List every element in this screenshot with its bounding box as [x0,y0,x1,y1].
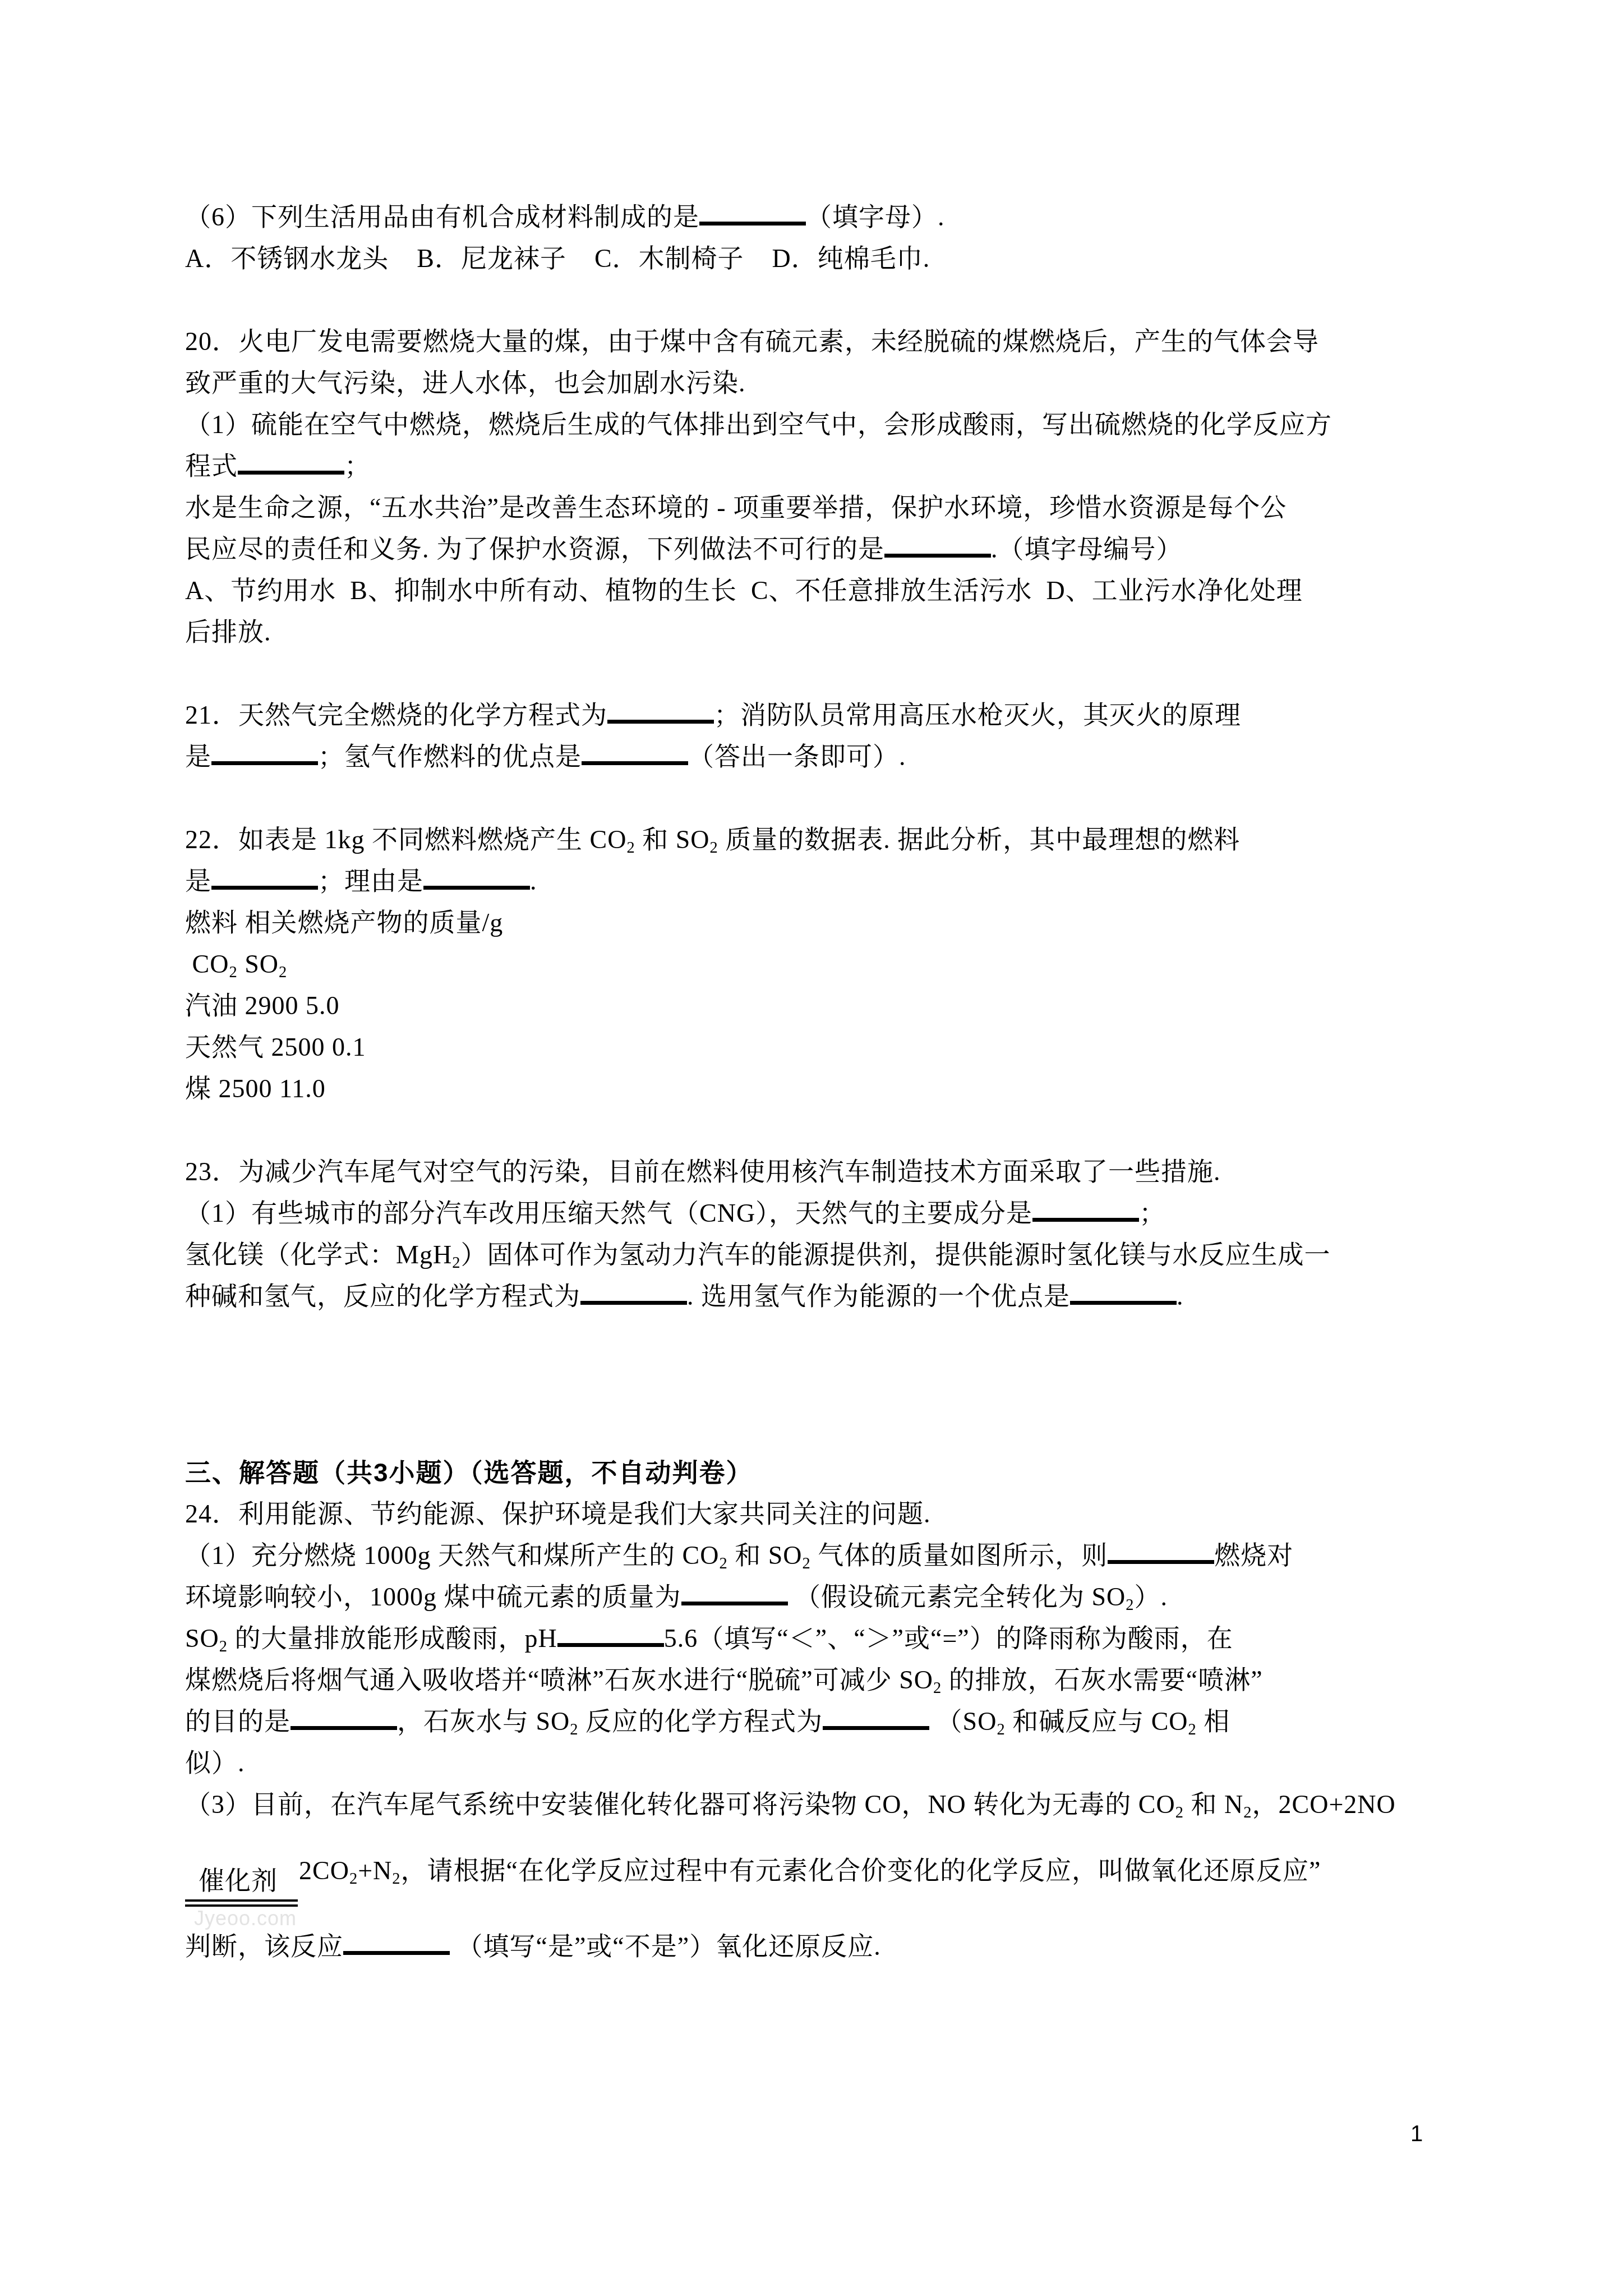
text-run: 的目的是 [185,1707,291,1736]
text-run: 24．利用能源、节约能源、保护环境是我们大家共同关注的问题. [185,1499,931,1528]
answer-blank [823,1703,929,1730]
q22-table-header: 燃料 相关燃烧产物的质量/g [185,902,1460,944]
subscript: 2 [570,1721,578,1738]
subscript: 2 [452,1254,460,1272]
q24-part1-line1: （1）充分燃烧 1000g 天然气和煤所产生的 CO2 和 SO2 气体的质量如… [185,1535,1460,1576]
exam-page: { "page_number": "1", "catalyst_label": … [0,0,1623,2296]
q23-mgh2-line1: 氢化镁（化学式：MgH2）固体可作为氢动力汽车的能源提供剂，提供能源时氢化镁与水… [185,1234,1460,1276]
q21-line1: 21．天然气完全燃烧的化学方程式为；消防队员常用高压水枪灭火，其灭火的原理 [185,694,1460,736]
q20-part1-line2: 程式； [185,445,1460,487]
text-run: （1）硫能在空气中燃烧，燃烧后生成的气体排出到空气中，会形成酸雨，写出硫燃烧的化… [185,410,1332,439]
text-run: 反应的化学方程式为 [579,1707,823,1736]
subscript: 2 [802,1555,810,1572]
q24-ph-line1: SO2 的大量排放能形成酸雨，pH5.6（填写“＜”、“＞”或“=”）的降雨称为… [185,1618,1460,1659]
text-run: . [1177,1282,1184,1310]
text-run: . [530,867,537,895]
q20-part1-line1: （1）硫能在空气中燃烧，燃烧后生成的气体排出到空气中，会形成酸雨，写出硫燃烧的化… [185,404,1460,445]
subscript: 2 [349,1870,358,1888]
text-run: ，石灰水与 SO [397,1707,570,1736]
watermark-text: Jyeoo.com [194,1908,297,1929]
text-run: （答出一条即可）. [688,742,906,771]
answer-blank [211,738,318,765]
text-run: .（填字母编号） [991,535,1183,563]
q23-stem: 23．为减少汽车尾气对空气的污染，目前在燃料使用核汽车制造技术方面采取了一些措施… [185,1151,1460,1193]
text-run: SO [185,1624,219,1653]
answer-blank [884,530,991,558]
text-run: ；理由是 [318,867,423,895]
answer-blank [211,862,318,890]
text-run: （假设硫元素完全转化为 SO [788,1582,1126,1611]
page-number: 1 [1410,2122,1423,2147]
text-run: +N [358,1856,392,1885]
subscript: 2 [719,1555,727,1572]
text-run: （填写“是”或“不是”）氧化还原反应. [450,1932,881,1961]
text-run: 21．天然气完全燃烧的化学方程式为 [185,701,607,729]
answer-blank [343,1927,450,1955]
answer-blank [582,738,688,765]
q24-stem: 24．利用能源、节约能源、保护环境是我们大家共同关注的问题. [185,1493,1460,1535]
text-run: 环境影响较小，1000g 煤中硫元素的质量为 [185,1582,681,1611]
subscript: 2 [279,964,287,981]
text-run: 的大量排放能形成酸雨，pH [228,1624,557,1653]
catalyst-label: 催化剂 [185,1865,298,1907]
text-run: 判断，该反应 [185,1932,343,1961]
q24-ph-line2: 煤燃烧后将烟气通入吸收塔并“喷淋”石灰水进行“脱硫”可减少 SO2 的排放，石灰… [185,1659,1460,1701]
text-run: A、节约用水 B、抑制水中所有动、植物的生长 C、不任意排放生活污水 D、工业污… [185,576,1303,605]
text-run: 似）. [185,1749,245,1777]
text-run: 天然气 2500 0.1 [185,1033,366,1061]
text-run: ； [344,452,371,480]
subscript: 2 [1126,1596,1134,1614]
text-run: A．不锈钢水龙头 B．尼龙袜子 C．木制椅子 D．纯棉毛巾. [185,244,930,273]
answer-blank [423,862,530,890]
q20-stem-line1: 20．火电厂发电需要燃烧大量的煤，由于煤中含有硫元素，未经脱硫的煤燃烧后，产生的… [185,321,1460,362]
subscript: 2 [997,1721,1005,1738]
text-run: 燃料 相关燃烧产物的质量/g [185,908,503,937]
q24-ph-line4: 似）. [185,1742,1460,1784]
text-run: 和碱反应与 CO [1006,1707,1188,1736]
answer-blank [681,1578,788,1605]
text-run: CO [185,950,229,978]
text-run: 20．火电厂发电需要燃烧大量的煤，由于煤中含有硫元素，未经脱硫的煤燃烧后，产生的… [185,327,1319,356]
q22-table-row-gasoline: 汽油 2900 5.0 [185,985,1460,1027]
q22-table-row-natural-gas: 天然气 2500 0.1 [185,1027,1460,1068]
text-run: （1）有些城市的部分汽车改用压缩天然气（CNG），天然气的主要成分是 [185,1199,1032,1227]
text-run: （1）充分燃烧 1000g 天然气和煤所产生的 CO [185,1541,719,1570]
text-run: ，请根据“在化学反应过程中有元素化合价变化的化学反应，叫做氧化还原反应” [401,1856,1321,1885]
answer-blank [291,1703,397,1730]
q24-part1-line2: 环境影响较小，1000g 煤中硫元素的质量为 （假设硫元素完全转化为 SO2）. [185,1576,1460,1618]
text-run: 致严重的大气污染，进人水体，也会加剧水污染. [185,369,746,397]
answer-blank [607,696,714,724]
subscript: 2 [1175,1804,1184,1821]
text-run: 的排放，石灰水需要“喷淋” [942,1665,1262,1694]
q23-part1: （1）有些城市的部分汽车改用压缩天然气（CNG），天然气的主要成分是； [185,1193,1460,1234]
subscript: 2 [1243,1804,1252,1821]
text-run: （SO [929,1707,997,1736]
q24-part3-line2: 催化剂Jyeoo.com2CO2+N2，请根据“在化学反应过程中有元素化合价变化… [185,1850,1460,1907]
text-run: 是 [185,742,211,771]
text-run: 23．为减少汽车尾气对空气的污染，目前在燃料使用核汽车制造技术方面采取了一些措施… [185,1157,1221,1186]
text-run: 5.6（填写“＜”、“＞”或“=”）的降雨称为酸雨，在 [664,1624,1233,1653]
text-run: 质量的数据表. 据此分析，其中最理想的燃料 [718,825,1241,854]
q22-stem-line2: 是；理由是. [185,861,1460,902]
q24-part3-line1: （3）目前，在汽车尾气系统中安装催化转化器可将污染物 CO，NO 转化为无毒的 … [185,1784,1460,1825]
subscript: 2 [219,1638,228,1655]
catalyst-condition-formula: 催化剂Jyeoo.com [185,1865,298,1907]
section3-header: 三、解答题（共3小题）（选答题，不自动判卷） [185,1452,1460,1493]
q22-table-subheader: CO2 SO2 [185,944,1460,985]
answer-blank [238,447,344,475]
q20-water-line2: 民应尽的责任和义务. 为了保护水资源，下列做法不可行的是.（填字母编号） [185,528,1460,570]
text-run: 煤燃烧后将烟气通入吸收塔并“喷淋”石灰水进行“脱硫”可减少 SO [185,1665,933,1694]
text-run: （6）下列生活用品由有机合成材料制成的是 [185,203,699,231]
subscript: 2 [1188,1721,1197,1738]
answer-blank [1032,1194,1139,1222]
text-run: 燃烧对 [1214,1541,1293,1570]
text-run: ；氢气作燃料的优点是 [318,742,582,771]
text-run: 汽油 2900 5.0 [185,991,340,1020]
text-run: ）固体可作为氢动力汽车的能源提供剂，提供能源时氢化镁与水反应生成一 [460,1240,1330,1269]
text-run: 相 [1197,1707,1230,1736]
text-run: 民应尽的责任和义务. 为了保护水资源，下列做法不可行的是 [185,535,884,563]
text-run: 煤 2500 11.0 [185,1074,326,1103]
subscript: 2 [626,839,635,857]
q20-water-line1: 水是生命之源，“五水共治”是改善生态环境的 - 项重要举措，保护水环境，珍惜水资… [185,487,1460,528]
q24-part3-line3: 判断，该反应 （填写“是”或“不是”）氧化还原反应. [185,1926,1460,1967]
subscript: 2 [229,964,237,981]
subscript: 2 [392,1870,400,1888]
text-run: ，2CO+2NO [1252,1790,1396,1819]
answer-blank [1108,1536,1214,1564]
text-run: 气体的质量如图所示，则 [811,1541,1108,1570]
text-run: 程式 [185,452,238,480]
q20-options-line1: A、节约用水 B、抑制水中所有动、植物的生长 C、不任意排放生活污水 D、工业污… [185,570,1460,611]
q24-ph-line3: 的目的是，石灰水与 SO2 反应的化学方程式为 （SO2 和碱反应与 CO2 相 [185,1701,1460,1742]
q20-options-line2: 后排放. [185,611,1460,653]
answer-blank [1070,1277,1177,1305]
text-run: 氢化镁（化学式：MgH [185,1240,452,1269]
answer-blank [699,198,806,226]
text-run: 是 [185,867,211,895]
text-run: SO [238,950,279,978]
q20-stem-line2: 致严重的大气污染，进人水体，也会加剧水污染. [185,362,1460,404]
subscript: 2 [933,1680,942,1697]
text-run: ； [1139,1199,1165,1227]
q6-stem: （6）下列生活用品由有机合成材料制成的是（填字母）. [185,196,1460,238]
text-run: 2CO [299,1856,349,1885]
subscript: 2 [709,839,718,857]
text-run: 水是生命之源，“五水共治”是改善生态环境的 - 项重要举措，保护水环境，珍惜水资… [185,493,1287,522]
text-run: ；消防队员常用高压水枪灭火，其灭火的原理 [714,701,1241,729]
q23-mgh2-line2: 种碱和氢气，反应的化学方程式为. 选用氢气作为能源的一个优点是. [185,1276,1460,1317]
q22-table-row-coal: 煤 2500 11.0 [185,1068,1460,1110]
text-run: （填字母）. [806,203,945,231]
text-run: ）. [1135,1582,1168,1611]
text-run: 种碱和氢气，反应的化学方程式为 [185,1282,580,1310]
document-body: （6）下列生活用品由有机合成材料制成的是（填字母）.A．不锈钢水龙头 B．尼龙袜… [0,0,1623,1967]
q22-stem-line1: 22．如表是 1kg 不同燃料燃烧产生 CO2 和 SO2 质量的数据表. 据此… [185,819,1460,861]
text-run: 22．如表是 1kg 不同燃料燃烧产生 CO [185,825,626,854]
text-run: . 选用氢气作为能源的一个优点是 [687,1282,1070,1310]
answer-blank [557,1619,664,1647]
text-run: 后排放. [185,618,271,646]
text-run: 和 SO [728,1541,803,1570]
q21-line2: 是；氢气作燃料的优点是（答出一条即可）. [185,736,1460,777]
text-run: （3）目前，在汽车尾气系统中安装催化转化器可将污染物 CO，NO 转化为无毒的 … [185,1790,1175,1819]
text-run: 和 SO [635,825,710,854]
text-run: 三、解答题（共3小题）（选答题，不自动判卷） [185,1458,753,1487]
answer-blank [580,1277,687,1305]
text-run: 和 N [1184,1790,1243,1819]
q6-options: A．不锈钢水龙头 B．尼龙袜子 C．木制椅子 D．纯棉毛巾. [185,238,1460,279]
